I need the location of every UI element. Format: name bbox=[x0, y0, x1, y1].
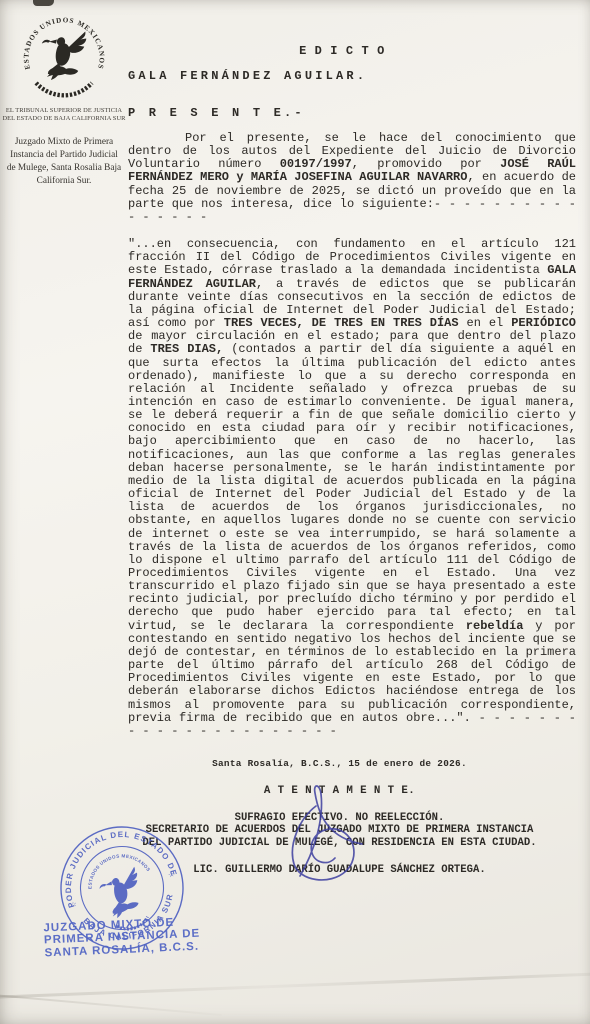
document-title: E D I C T O bbox=[128, 44, 556, 58]
dateline: Santa Rosalía, B.C.S., 15 de enero de 20… bbox=[128, 758, 551, 769]
scanned-edict-document: ESTADOS UNIDOS MEXICANOS EL TRIBUNAL SUP… bbox=[0, 0, 590, 1024]
court-line: Instancia del Partido Judicial bbox=[2, 149, 126, 162]
stamp-ring-top-text: PODER JUDICIAL DEL ESTADO DE bbox=[50, 816, 179, 909]
decree-paragraph: "...en consecuencia, con fundamento en e… bbox=[128, 238, 576, 738]
court-line: Juzgado Mixto de Primera bbox=[2, 136, 126, 149]
tribunal-name: EL TRIBUNAL SUPERIOR DE JUSTICIA DEL EST… bbox=[2, 107, 126, 124]
tribunal-line: EL TRIBUNAL SUPERIOR DE JUSTICIA bbox=[2, 107, 126, 115]
salutation: P R E S E N T E.- bbox=[128, 106, 576, 120]
intro-paragraph: Por el presente, se le hace del conocimi… bbox=[128, 132, 576, 224]
court-name: Juzgado Mixto de Primera Instancia del P… bbox=[2, 136, 126, 188]
signature-scribble bbox=[272, 778, 382, 900]
court-line: California Sur. bbox=[2, 175, 126, 188]
document-body: E D I C T O GALA FERNÁNDEZ AGUILAR. P R … bbox=[128, 44, 576, 876]
svg-text:PODER JUDICIAL DEL ESTADO DE: PODER JUDICIAL DEL ESTADO DE bbox=[50, 816, 179, 909]
tribunal-line: DEL ESTADO DE BAJA CALIFORNIA SUR bbox=[2, 115, 126, 123]
paper-crease bbox=[0, 994, 222, 1016]
court-line: de Mulege, Santa Rosalia Baja bbox=[2, 162, 126, 175]
mexican-coat-of-arms-icon: ESTADOS UNIDOS MEXICANOS bbox=[8, 6, 120, 106]
addressee-name: GALA FERNÁNDEZ AGUILAR. bbox=[128, 69, 576, 83]
paper-crease bbox=[0, 972, 590, 999]
letterhead: ESTADOS UNIDOS MEXICANOS EL TRIBUNAL SUP… bbox=[2, 6, 126, 188]
stamp-star-left: ☆ bbox=[69, 899, 78, 911]
laurel-wreath bbox=[36, 83, 92, 95]
stamp-caption: JUZGADO MIXTO DE PRIMERA INSTANCIA DE SA… bbox=[43, 916, 201, 960]
